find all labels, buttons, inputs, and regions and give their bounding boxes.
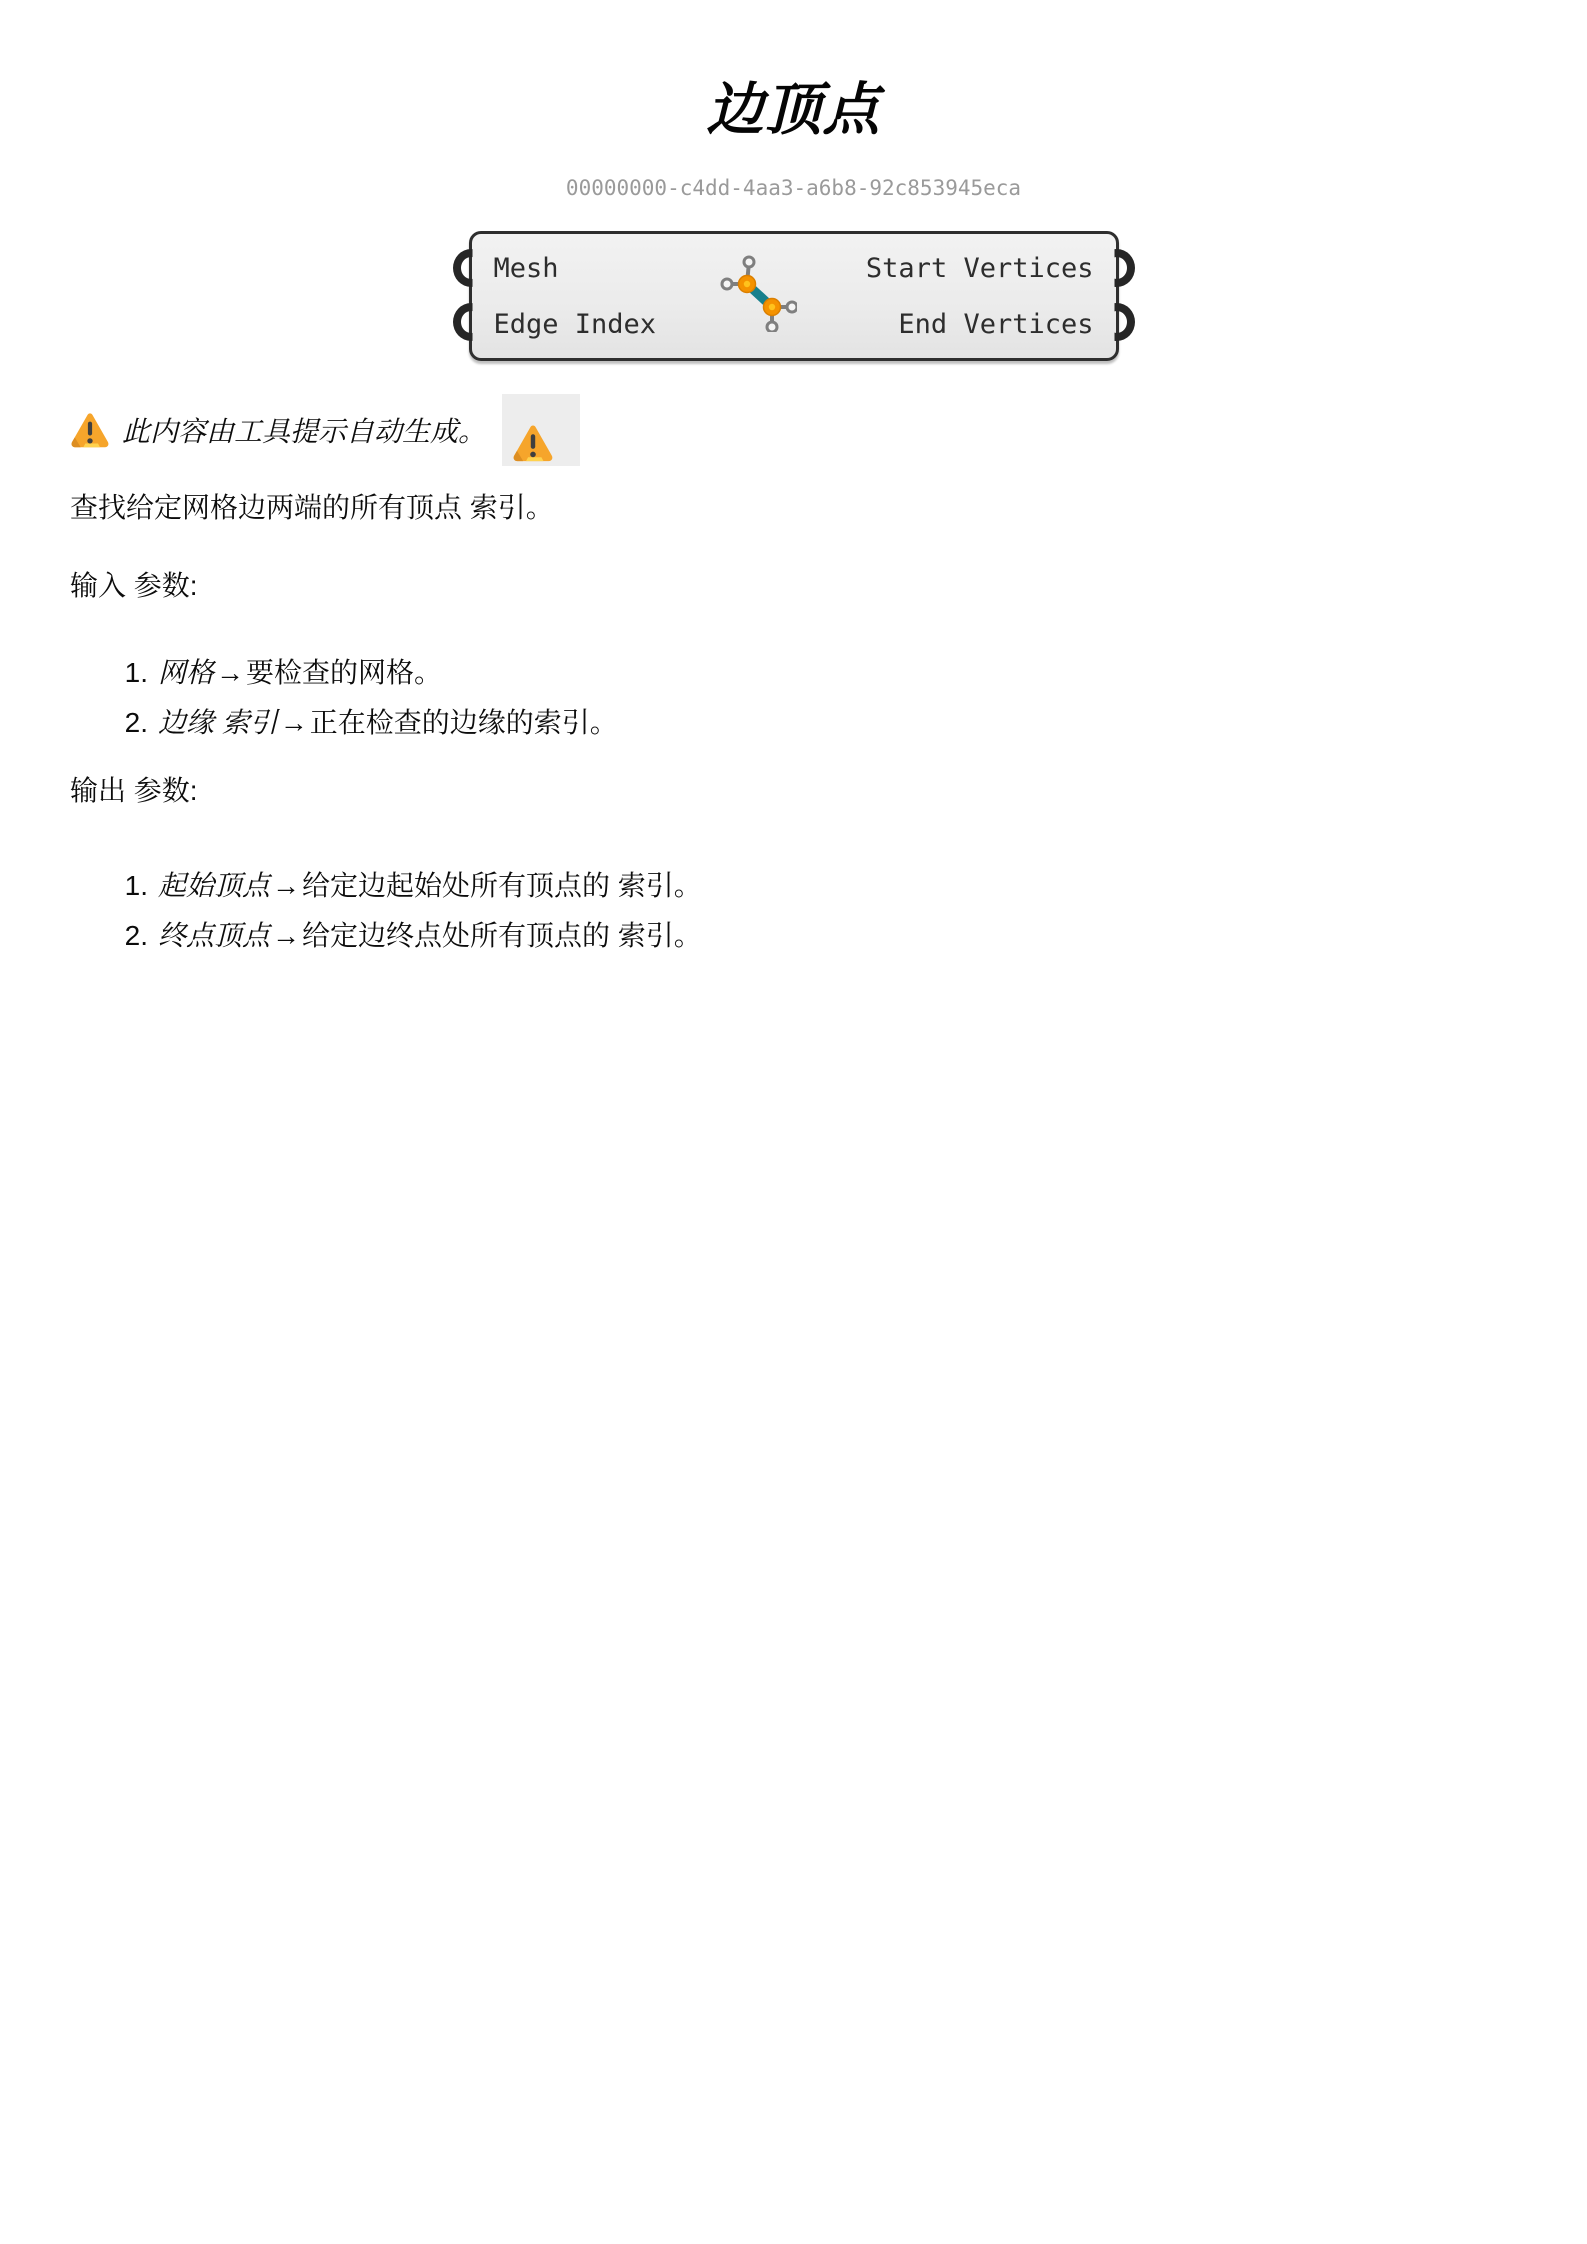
item-term: 终点顶点 [158,920,270,951]
component-figure: Mesh Start Vertices Edge Index End Verti… [70,231,1517,361]
warning-icon-box [502,394,580,466]
page-title: 边顶点 [70,75,1517,146]
description-text: 查找给定网格边两端的所有顶点 索引。 [70,490,1517,526]
output-label: End Vertices [898,309,1093,340]
item-term: 起始顶点 [158,870,270,901]
item-number: 1. [70,861,148,911]
item-desc: 要检查的网格。 [246,657,442,688]
item-arrow: → [270,920,302,951]
list-item: 2. 终点顶点→给定边终点处所有顶点的 索引。 [70,911,1517,961]
item-desc: 给定边起始处所有顶点的 索引。 [302,870,702,901]
outputs-heading: 输出 参数: [70,773,1517,809]
item-desc: 给定边终点处所有顶点的 索引。 [302,920,702,951]
item-desc: 正在检查的边缘的索引。 [310,707,618,738]
item-arrow: → [214,657,246,688]
warning-icon [512,422,554,464]
warning-icon [70,410,110,450]
list-item: 1. 起始顶点→给定边起始处所有顶点的 索引。 [70,861,1517,911]
component-guid: 00000000-c4dd-4aa3-a6b8-92c853945eca [70,176,1517,201]
list-item: 2. 边缘 索引→正在检查的边缘的索引。 [70,698,1517,748]
output-label: Start Vertices [866,253,1094,284]
item-term: 网格 [158,657,214,688]
item-term: 边缘 索引 [158,707,278,738]
outputs-list: 1. 起始顶点→给定边起始处所有顶点的 索引。 2. 终点顶点→给定边终点处所有… [70,861,1517,961]
component-card: Mesh Start Vertices Edge Index End Verti… [469,231,1119,361]
notice-text: 此内容由工具提示自动生成。 [122,410,486,450]
auto-generated-notice: 此内容由工具提示自动生成。 [70,394,1517,466]
item-arrow: → [270,870,302,901]
inputs-heading: 输入 参数: [70,568,1517,604]
item-number: 1. [70,648,148,698]
item-number: 2. [70,911,148,961]
inputs-list: 1. 网格→要检查的网格。 2. 边缘 索引→正在检查的边缘的索引。 [70,648,1517,748]
item-number: 2. [70,698,148,748]
item-arrow: → [278,707,310,738]
input-label: Edge Index [494,309,657,340]
list-item: 1. 网格→要检查的网格。 [70,648,1517,698]
doc-page: 边顶点 00000000-c4dd-4aa3-a6b8-92c853945eca… [0,75,1587,961]
input-label: Mesh [494,253,559,284]
edge-vertices-icon [719,254,797,332]
